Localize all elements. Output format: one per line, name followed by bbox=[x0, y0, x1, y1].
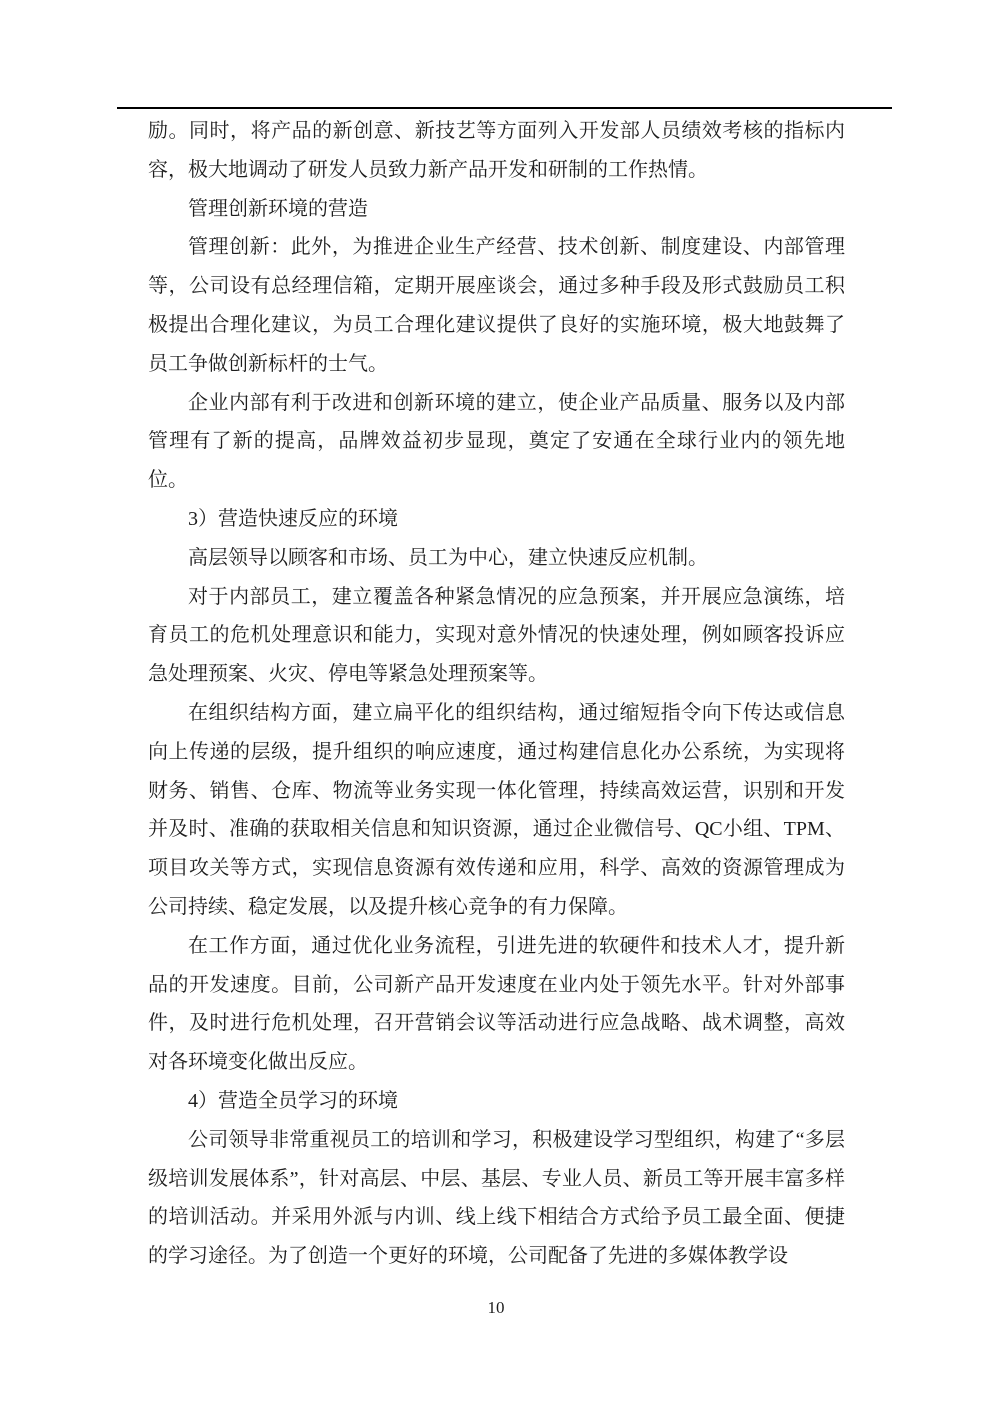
paragraph: 4）营造全员学习的环境 bbox=[148, 1082, 845, 1121]
paragraph: 在组织结构方面，建立扁平化的组织结构，通过缩短指令向下传达或信息向上传递的层级，… bbox=[148, 694, 845, 927]
paragraph: 3）营造快速反应的环境 bbox=[148, 500, 845, 539]
paragraph: 企业内部有利于改进和创新环境的建立，使企业产品质量、服务以及内部管理有了新的提高… bbox=[148, 384, 845, 500]
document-page: 励。同时，将产品的新创意、新技艺等方面列入开发部人员绩效考核的指标内容，极大地调… bbox=[0, 0, 992, 1403]
paragraph: 在工作方面，通过优化业务流程，引进先进的软硬件和技术人才，提升新品的开发速度。目… bbox=[148, 927, 845, 1082]
header-rule bbox=[117, 107, 892, 109]
paragraph: 励。同时，将产品的新创意、新技艺等方面列入开发部人员绩效考核的指标内容，极大地调… bbox=[148, 112, 845, 190]
paragraph: 管理创新环境的营造 bbox=[148, 190, 845, 229]
paragraph: 对于内部员工，建立覆盖各种紧急情况的应急预案，并开展应急演练，培育员工的危机处理… bbox=[148, 578, 845, 694]
paragraph: 管理创新：此外，为推进企业生产经营、技术创新、制度建设、内部管理等，公司设有总经… bbox=[148, 228, 845, 383]
paragraph: 公司领导非常重视员工的培训和学习，积极建设学习型组织，构建了“多层级培训发展体系… bbox=[148, 1121, 845, 1276]
paragraph: 高层领导以顾客和市场、员工为中心，建立快速反应机制。 bbox=[148, 539, 845, 578]
document-body: 励。同时，将产品的新创意、新技艺等方面列入开发部人员绩效考核的指标内容，极大地调… bbox=[148, 112, 845, 1276]
page-number: 10 bbox=[0, 1296, 992, 1320]
